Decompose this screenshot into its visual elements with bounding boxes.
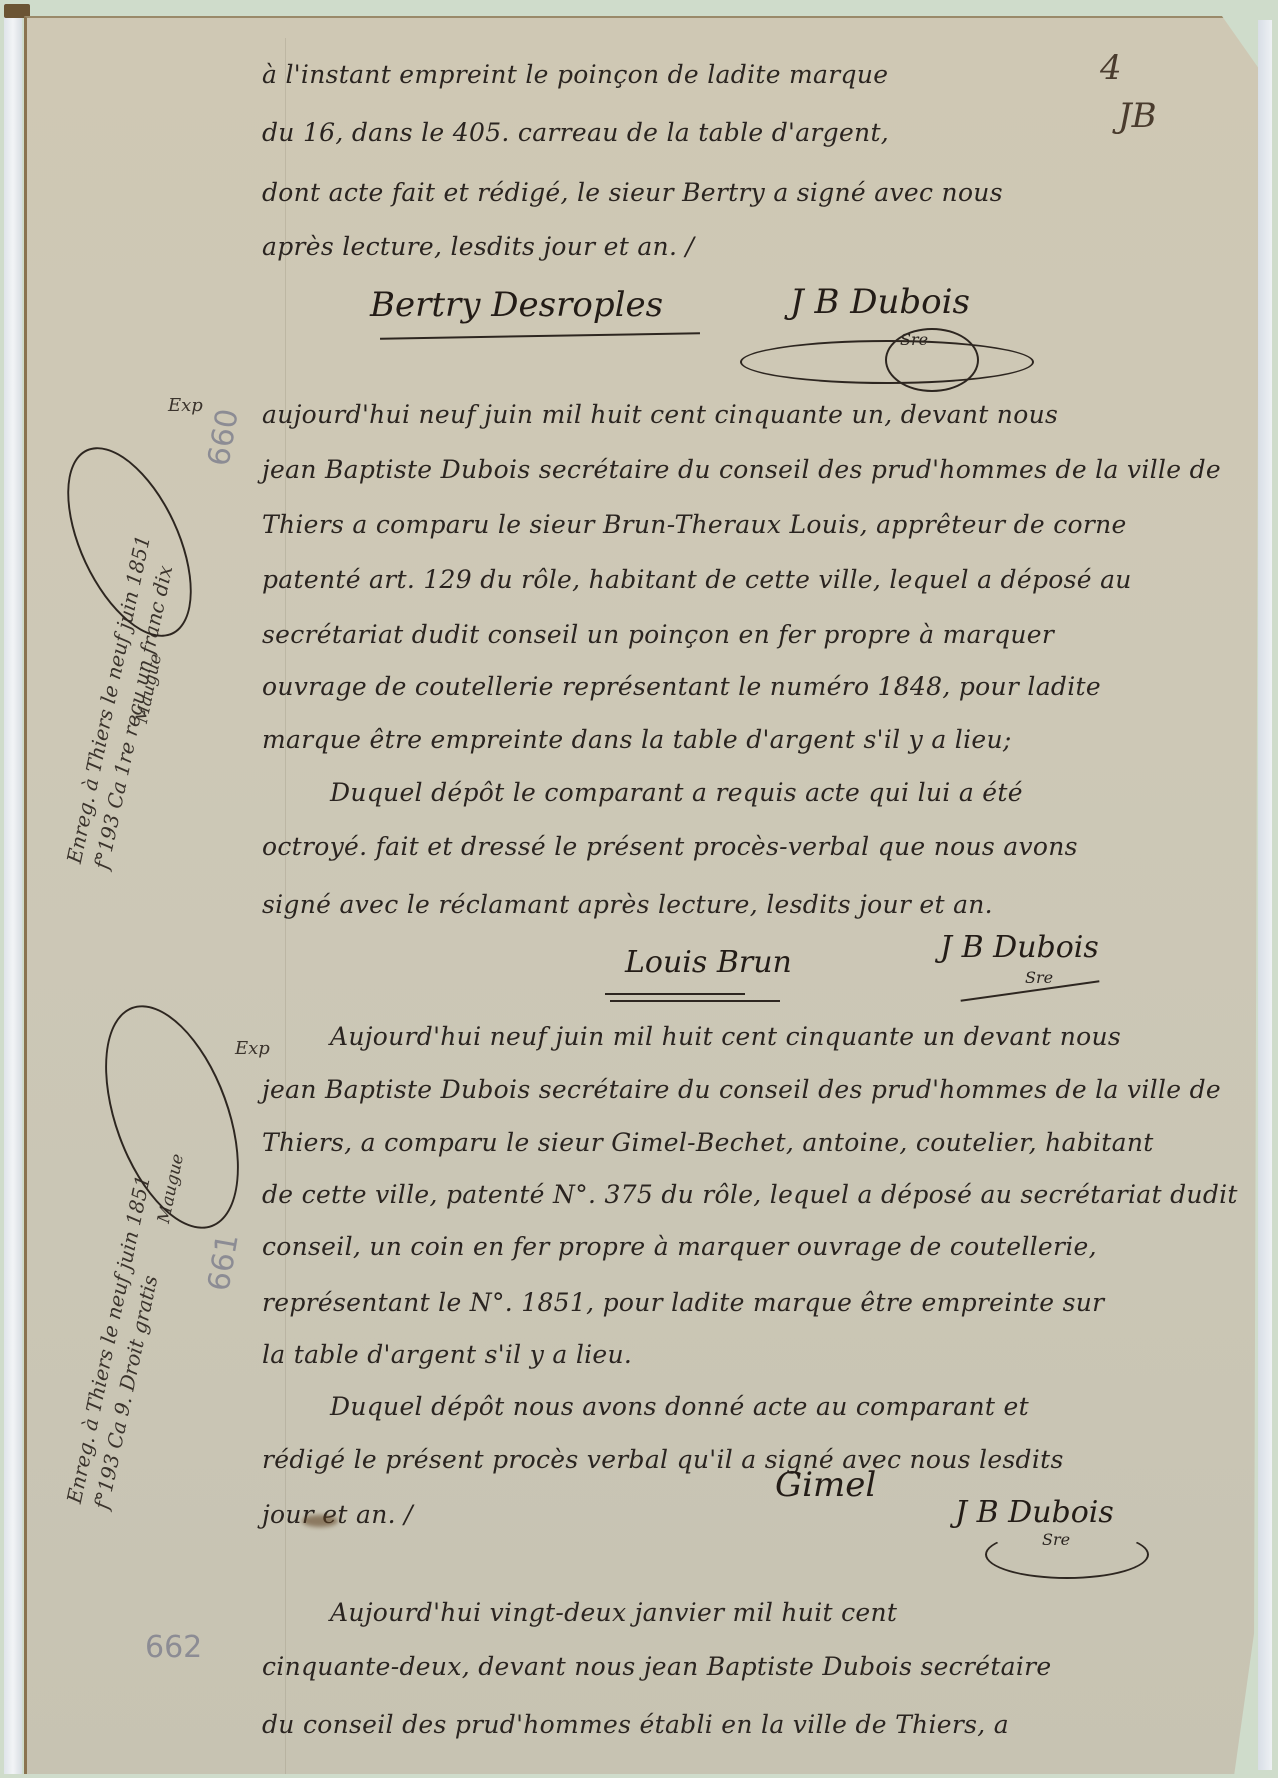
signature-gimel: Gimel (775, 1465, 876, 1505)
entry-line: jean Baptiste Dubois secrétaire du conse… (262, 455, 1221, 484)
entry-line: du 16, dans le 405. carreau de la table … (262, 118, 889, 147)
entry-line: dont acte fait et rédigé, le sieur Bertr… (262, 178, 1003, 207)
entry-line: jour et an. / (262, 1500, 413, 1529)
entry-line: Aujourd'hui neuf juin mil huit cent cinq… (330, 1022, 1121, 1051)
entry-line: Thiers a comparu le sieur Brun-Theraux L… (262, 510, 1127, 539)
signature-dubois: J B Dubois (955, 1495, 1114, 1530)
signature-bertry: Bertry Desroples (370, 285, 663, 325)
entry-line: cinquante-deux, devant nous jean Baptist… (262, 1652, 1052, 1681)
page-edge (1258, 20, 1272, 1770)
folio-number: 4 (1100, 48, 1122, 88)
pencil-entry-number: 662 (145, 1630, 202, 1665)
entry-line: Duquel dépôt nous avons donné acte au co… (330, 1392, 1029, 1421)
signature-flourish (985, 1530, 1149, 1579)
entry-line: rédigé le présent procès verbal qu'il a … (262, 1445, 1064, 1474)
margin-exp: Exp (235, 1038, 270, 1059)
folio-mark: JB (1118, 96, 1157, 136)
entry-line: patenté art. 129 du rôle, habitant de ce… (262, 565, 1132, 594)
entry-line: secrétariat dudit conseil un poinçon en … (262, 620, 1054, 649)
ink-blot (302, 1515, 338, 1527)
entry-line: représentant le N°. 1851, pour ladite ma… (262, 1288, 1104, 1317)
entry-line: Thiers, a comparu le sieur Gimel-Bechet,… (262, 1128, 1154, 1157)
entry-line: octroyé. fait et dressé le présent procè… (262, 832, 1078, 861)
entry-line: après lecture, lesdits jour et an. / (262, 232, 694, 261)
signature-flourish (885, 328, 979, 392)
signature-brun: Louis Brun (625, 945, 792, 980)
binding-corner (4, 4, 30, 18)
signature-underline (605, 993, 745, 995)
entry-line: Duquel dépôt le comparant a requis acte … (330, 778, 1023, 807)
entry-line: jean Baptiste Dubois secrétaire du conse… (262, 1075, 1221, 1104)
margin-exp: Exp (168, 395, 203, 416)
binding-spine (4, 4, 22, 1774)
entry-line: la table d'argent s'il y a lieu. (262, 1340, 632, 1369)
entry-line: ouvrage de coutellerie représentant le n… (262, 672, 1101, 701)
signature-dubois: J B Dubois (790, 282, 970, 322)
entry-line: de cette ville, patenté N°. 375 du rôle,… (262, 1180, 1238, 1209)
entry-line: signé avec le réclamant après lecture, l… (262, 890, 993, 919)
signature-underline (610, 1000, 780, 1002)
signature-dubois: J B Dubois (940, 930, 1099, 965)
entry-line: aujourd'hui neuf juin mil huit cent cinq… (262, 400, 1058, 429)
entry-line: marque être empreinte dans la table d'ar… (262, 725, 1012, 754)
entry-line: conseil, un coin en fer propre à marquer… (262, 1232, 1097, 1261)
entry-line: à l'instant empreint le poinçon de ladit… (262, 60, 888, 89)
entry-line: du conseil des prud'hommes établi en la … (262, 1710, 1009, 1739)
signature-suffix: Sre (1025, 968, 1053, 987)
entry-line: Aujourd'hui vingt-deux janvier mil huit … (330, 1598, 897, 1627)
